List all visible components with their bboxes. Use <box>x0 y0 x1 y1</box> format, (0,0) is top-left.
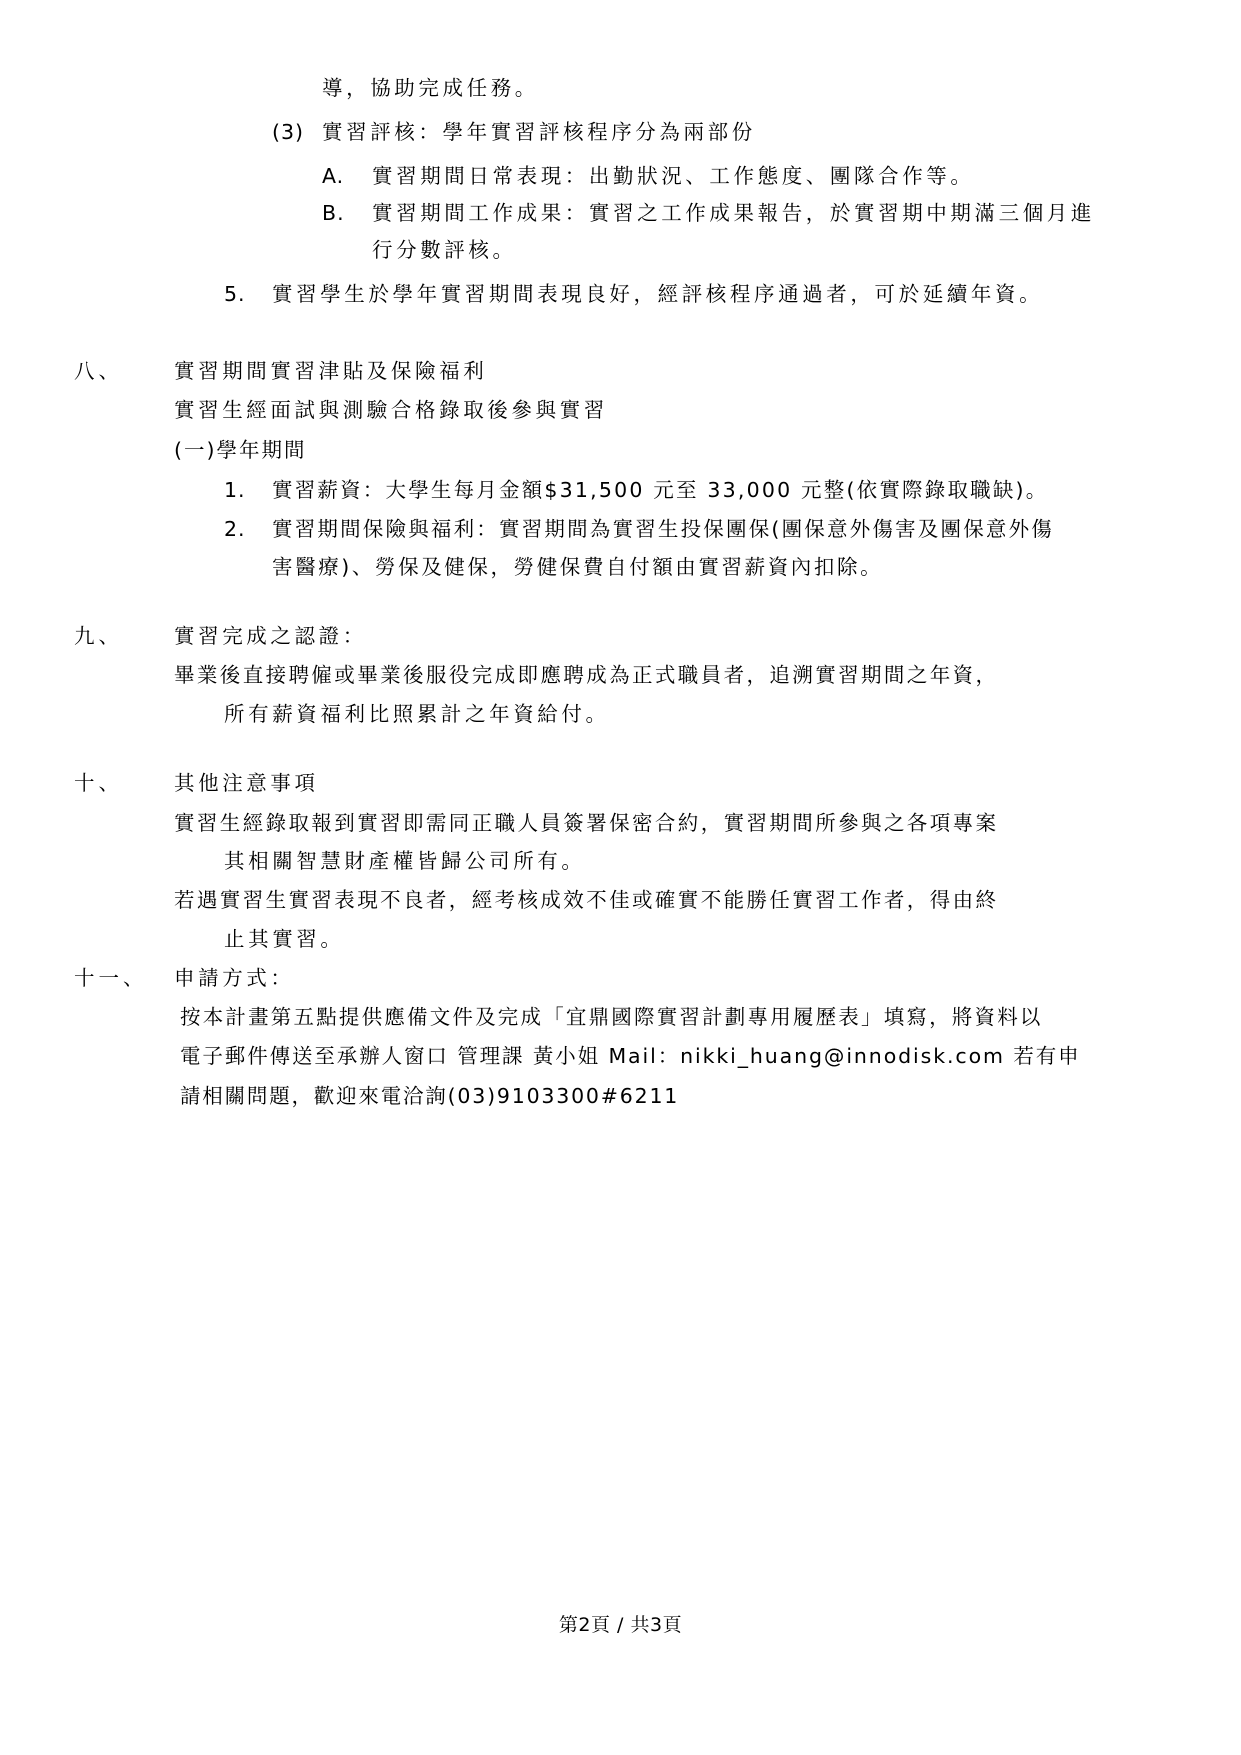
section-number: 十一、 <box>74 964 148 992</box>
item-marker: 2. <box>224 515 246 543</box>
section-intro: 實習生經面試與測驗合格錄取後參與實習 <box>174 396 608 424</box>
sub-item-marker: A. <box>322 162 344 190</box>
item-text: 若遇實習生實習表現不良者，經考核成效不佳或確實不能勝任實習工作者，得由終 <box>174 886 998 914</box>
paragraph-line: 電子郵件傳送至承辦人窗口 管理課 黃小姐 Mail：nikki_huang@in… <box>180 1042 1081 1070</box>
item-text: 所有薪資福利比照累計之年資給付。 <box>224 700 610 728</box>
section-title: 實習完成之認證： <box>174 622 367 650</box>
continuation-text: 導，協助完成任務。 <box>322 74 539 102</box>
item-text: 其相關智慧財產權皆歸公司所有。 <box>224 847 586 875</box>
section-title: 實習期間實習津貼及保險福利 <box>174 357 487 385</box>
section-number: 八、 <box>74 357 123 385</box>
section-title: 其他注意事項 <box>174 769 319 797</box>
item-text: 畢業後直接聘僱或畢業後服役完成即應聘成為正式職員者，追溯實習期間之年資， <box>174 661 998 689</box>
section-title: 申請方式： <box>174 964 295 992</box>
section-number: 九、 <box>74 622 123 650</box>
item-marker: 1. <box>224 476 246 504</box>
item-text: 止其實習。 <box>224 925 345 953</box>
item-text: 實習生經錄取報到實習即需同正職人員簽署保密合約，實習期間所參與之各項專案 <box>174 809 998 837</box>
sub-item-text: 實習期間工作成果：實習之工作成果報告，於實習期中期滿三個月進 <box>372 199 1095 227</box>
item-marker: (3) <box>272 118 304 146</box>
item-marker: 5. <box>224 280 246 308</box>
section-number: 十、 <box>74 769 123 797</box>
item-text: 實習學生於學年實習期間表現良好，經評核程序通過者，可於延續年資。 <box>272 280 1043 308</box>
sub-item-marker: B. <box>322 199 345 227</box>
page-indicator: 第2頁 / 共3頁 <box>0 1612 1241 1638</box>
sub-item-text: 行分數評核。 <box>372 236 517 264</box>
item-text: 實習薪資：大學生每月金額$31,500 元至 33,000 元整(依實際錄取職缺… <box>272 476 1048 504</box>
sub-heading: (一)學年期間 <box>174 436 307 464</box>
sub-item-text: 實習期間日常表現：出勤狀況、工作態度、團隊合作等。 <box>372 162 975 190</box>
item-text: 實習期間保險與福利：實習期間為實習生投保團保(團保意外傷害及團保意外傷 <box>272 515 1054 543</box>
paragraph-line: 請相關問題，歡迎來電洽詢(03)9103300#6211 <box>180 1082 679 1110</box>
item-text: 害醫療)、勞保及健保，勞健保費自付額由實習薪資內扣除。 <box>272 553 883 581</box>
paragraph-line: 按本計畫第五點提供應備文件及完成「宜鼎國際實習計劃專用履歷表」填寫，將資料以 <box>180 1003 1043 1031</box>
item-text: 實習評核：學年實習評核程序分為兩部份 <box>322 118 756 146</box>
